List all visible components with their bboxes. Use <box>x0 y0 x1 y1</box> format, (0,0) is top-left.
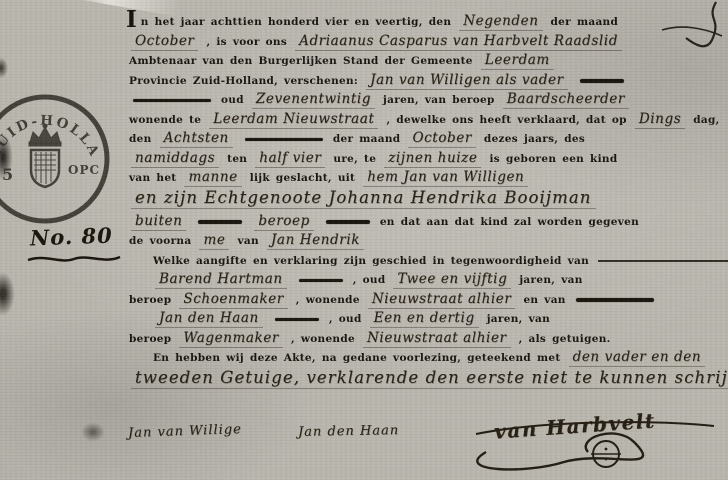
handwritten-text: Wagenmaker <box>179 330 283 348</box>
act-number: No. 80 <box>30 223 114 251</box>
printed-text: van <box>237 235 258 247</box>
printed-text: van het <box>129 172 176 184</box>
document-line: In het jaar achttien honderd vier en vee… <box>126 10 726 30</box>
printed-text: , is voor ons <box>206 36 287 48</box>
document-line: namiddagstenhalf vierure, tezijnen huize… <box>126 147 726 167</box>
document-line: beroepWagenmaker, wonendeNieuwstraat alh… <box>126 327 726 347</box>
handwritten-text: Barend Hartman <box>155 271 287 289</box>
ink-dash <box>198 220 242 224</box>
printed-text: jaren, van <box>519 274 582 286</box>
printed-text: der maand <box>551 16 619 28</box>
handwritten-text: namiddags <box>131 150 219 168</box>
handwritten-text: hem Jan van Willigen <box>363 169 528 187</box>
document-line: Barend Hartman, oudTwee en vijftigjaren,… <box>126 268 726 288</box>
printed-text: de voorna <box>129 235 191 247</box>
document-line: October, is voor onsAdriaanus Casparus v… <box>126 30 726 50</box>
handwritten-text: zijnen huize <box>384 150 481 168</box>
printed-text: , dewelke ons heeft verklaard, dat op <box>386 114 626 126</box>
document-line: en zijn Echtgenoote Johanna Hendrika Boo… <box>126 186 726 210</box>
printed-text: , als getuigen. <box>519 333 611 345</box>
handwritten-text: den vader en den <box>569 349 706 367</box>
handwritten-text: Dings <box>635 111 685 129</box>
stamp-left-text: 5 <box>2 165 13 184</box>
document-line: Provincie Zuid-Holland, verschenen:Jan v… <box>126 69 726 89</box>
printed-text: n het jaar achttien honderd vier en veer… <box>141 16 452 28</box>
printed-text: jaren, van beroep <box>383 94 495 106</box>
printed-text: den <box>129 133 152 145</box>
ink-dash <box>299 279 343 283</box>
document-line: buitenberoepen dat aan dat kind zal word… <box>126 210 726 230</box>
printed-text: dag, <box>693 114 719 126</box>
handwritten-text: buiten <box>131 213 186 231</box>
document-line: van hetmannelijk geslacht, uithem Jan va… <box>126 166 726 186</box>
document-line: wonende teLeerdam Nieuwstraat, dewelke o… <box>126 108 726 128</box>
scan-artifact <box>0 55 10 81</box>
handwritten-text: half vier <box>255 150 325 168</box>
handwritten-text: Schoenmaker <box>179 291 287 309</box>
handwritten-text: Jan van Willigen als vader <box>366 72 568 90</box>
signature-2: Jan den Haan <box>298 423 399 440</box>
printed-text: beroep <box>129 333 171 345</box>
ink-dash <box>133 99 211 103</box>
document-body: In het jaar achttien honderd vier en vee… <box>126 10 726 390</box>
document-page: ZUID-HOLLAND. 5 OPC No. 80 In het <box>0 0 728 480</box>
handwritten-text: Negenden <box>459 13 542 31</box>
document-line: tweeden Getuige, verklarende den eerste … <box>126 366 726 390</box>
printed-text: jaren, van <box>487 313 550 325</box>
printed-text: der maand <box>333 133 401 145</box>
ink-dash <box>580 79 624 83</box>
printed-text: ure, te <box>333 153 376 165</box>
printed-text: , wonende <box>291 333 355 345</box>
document-line: Jan den Haan, oudEen en dertigjaren, van <box>126 307 726 327</box>
handwritten-text: Adriaanus Casparus van Harbvelt Raadslid <box>295 33 622 51</box>
printed-text: wonende te <box>129 114 201 126</box>
ink-flourish <box>656 0 726 72</box>
printed-text: oud <box>221 94 244 106</box>
handwritten-text: tweeden Getuige, verklarende den eerste … <box>131 368 728 389</box>
ink-dash <box>576 298 654 302</box>
handwritten-text: Een en dertig <box>370 310 479 328</box>
handwritten-text: Leerdam <box>481 52 554 70</box>
printed-text: beroep <box>129 294 171 306</box>
handwritten-text: Achtsten <box>160 130 233 148</box>
printed-text: dezes jaars, des <box>484 133 585 145</box>
handwritten-text: Jan Hendrik <box>267 232 364 250</box>
printed-text: is geboren een kind <box>489 153 617 165</box>
document-line: Welke aangifte en verklaring zijn geschi… <box>126 249 726 269</box>
document-line: En hebben wij deze Akte, na gedane voorl… <box>126 346 726 366</box>
handwritten-text: Baardscheerder <box>503 91 629 109</box>
signatures-row: Jan van WilligeJan den Haanvan Harbvelt <box>126 412 722 476</box>
act-number-underline <box>26 252 122 266</box>
document-line: de voornamevanJan Hendrik <box>126 229 726 249</box>
handwritten-text: beroep <box>254 213 313 231</box>
printed-text: en van <box>523 294 565 306</box>
document-line: beroepSchoenmaker, wonendeNieuwstraat al… <box>126 288 726 308</box>
printed-text: , oud <box>353 274 386 286</box>
drop-initial: I <box>126 6 137 33</box>
printed-text: En hebben wij deze Akte, na gedane voorl… <box>153 352 561 364</box>
stamp-right-text: OPC <box>68 163 100 177</box>
printed-text: Welke aangifte en verklaring zijn geschi… <box>153 255 589 267</box>
handwritten-text: October <box>131 33 198 51</box>
printed-text: Provincie Zuid-Holland, verschenen: <box>129 75 358 87</box>
printed-text: , wonende <box>296 294 360 306</box>
shield-icon <box>31 150 59 187</box>
document-line: denAchtstender maandOctoberdezes jaars, … <box>126 127 726 147</box>
handwritten-text: Jan den Haan <box>155 310 263 328</box>
signature-1: Jan van Willige <box>128 422 242 441</box>
document-line: Ambtenaar van den Burgerlijken Stand der… <box>126 49 726 69</box>
handwritten-text: Zevenentwintig <box>252 91 375 109</box>
handwritten-text: Leerdam Nieuwstraat <box>209 111 378 129</box>
scan-artifact <box>78 420 108 444</box>
scan-artifact <box>0 266 18 322</box>
printed-text: Ambtenaar van den Burgerlijken Stand der… <box>129 55 473 67</box>
ink-dash <box>245 138 323 142</box>
printed-text: lijk geslacht, uit <box>250 172 356 184</box>
handwritten-text: Nieuwstraat alhier <box>363 330 511 348</box>
handwritten-text: en zijn Echtgenoote Johanna Hendrika Boo… <box>131 188 596 209</box>
handwritten-text: Twee en vijftig <box>393 271 511 289</box>
printed-text: en dat aan dat kind zal worden gegeven <box>380 216 639 228</box>
ink-dash <box>275 318 319 322</box>
blank-rule <box>598 260 728 262</box>
handwritten-text: Nieuwstraat alhier <box>368 291 516 309</box>
ink-dash <box>326 220 370 224</box>
handwritten-text: October <box>408 130 475 148</box>
handwritten-text: manne <box>184 169 241 187</box>
printed-text: ten <box>227 153 247 165</box>
document-line: oudZevenentwintigjaren, van beroepBaards… <box>126 88 726 108</box>
handwritten-text: me <box>199 232 229 250</box>
province-stamp: ZUID-HOLLAND. 5 OPC <box>0 90 114 228</box>
printed-text: , oud <box>329 313 362 325</box>
